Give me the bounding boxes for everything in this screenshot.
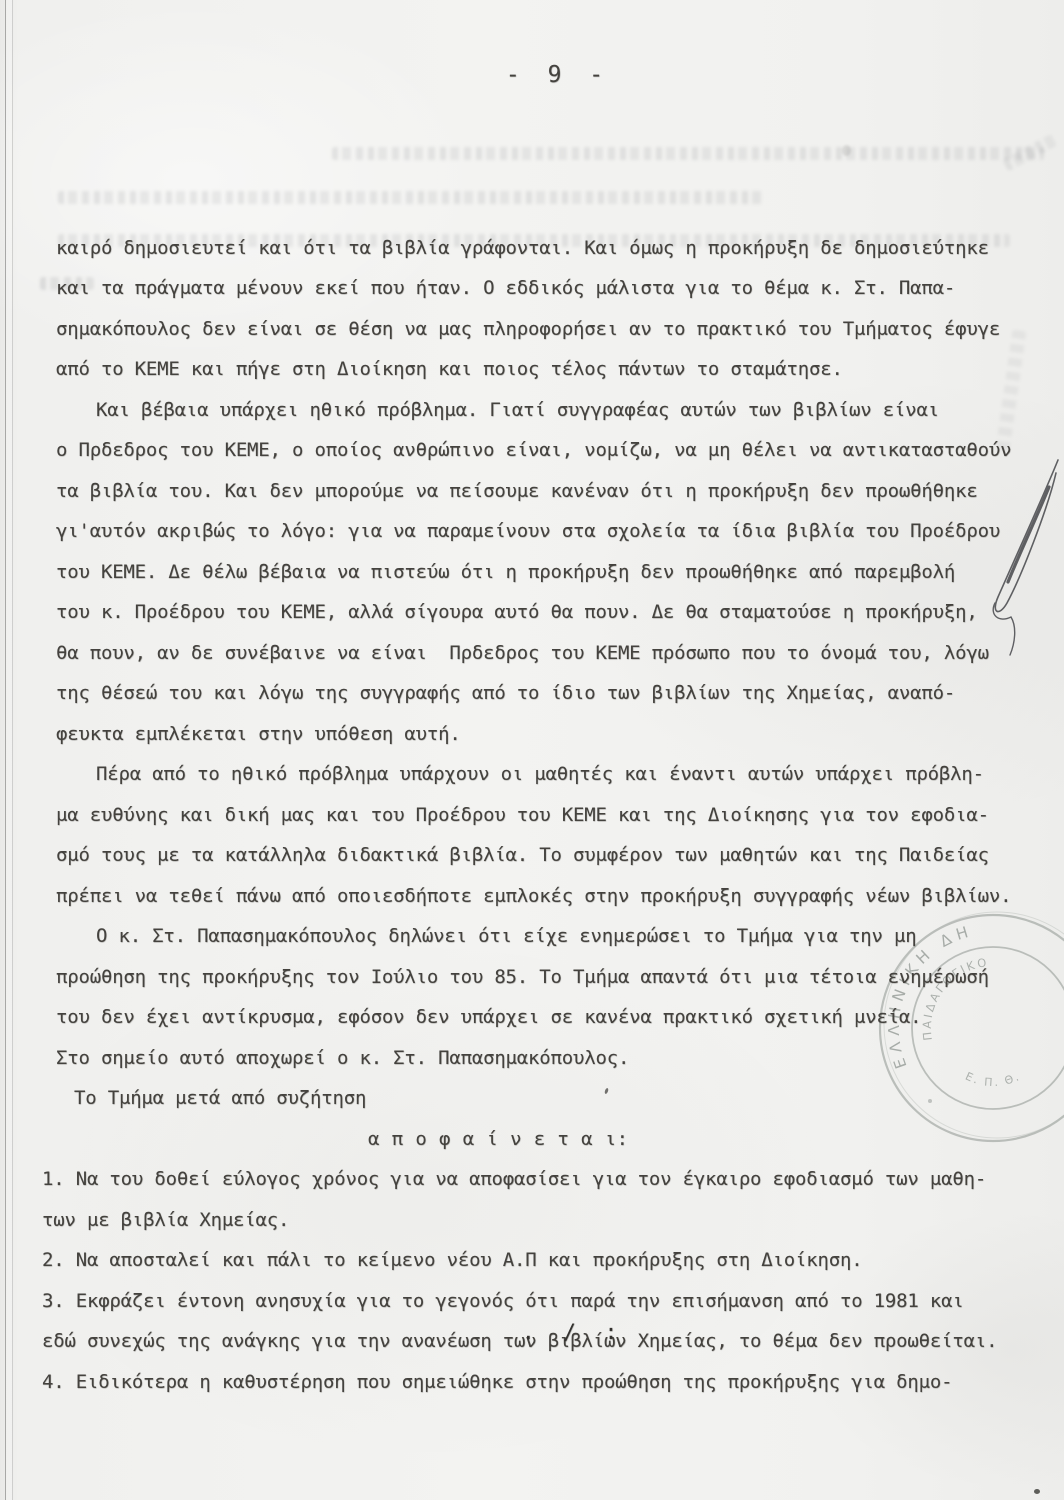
text-line: 2. Να αποσταλεί και πάλι το κείμενο νέου… <box>56 1240 1042 1281</box>
text-line: πρέπει να τεθεί πάνω από οποιεσδήποτε εμ… <box>56 876 1042 917</box>
text-line: 4. Ειδικότερα η καθυστέρηση που σημειώθη… <box>56 1362 1042 1403</box>
text-line: φευκτα εμπλέκεται στην υπόθεση αυτή. <box>56 714 1042 755</box>
text-line: Το Τμήμα μετά από συζήτηση <box>56 1078 1042 1119</box>
text-line: τα βιβλία του. Και δεν μπορούμε να πείσο… <box>56 471 1042 512</box>
text-line: σμό τους με τα κατάλληλα διδακτικά βιβλί… <box>56 835 1042 876</box>
text-line: προώθηση της προκήρυξης τον Ιούλιο του 8… <box>56 957 1042 998</box>
ink-speck <box>1034 1489 1040 1494</box>
text-line: σημακόπουλος δεν είναι σε θέση να μας πλ… <box>56 309 1042 350</box>
text-line: του κ. Προέδρου του ΚΕΜΕ, αλλά σίγουρα α… <box>56 592 1042 633</box>
text-line: γι'αυτόν ακριβώς το λόγο: για να παραμεί… <box>56 511 1042 552</box>
document-body: καιρό δημοσιευτεί και ότι τα βιβλία γράφ… <box>56 106 1042 1402</box>
text-line: ο Πρδεδρος του ΚΕΜΕ, ο οποίος ανθρώπινο … <box>56 430 1042 471</box>
scan-edge-line <box>5 0 13 1500</box>
text-line: Και βέβαια υπάρχει ηθικό πρόβλημα. Γιατί… <box>56 390 1042 431</box>
text-line: Στο σημείο αυτό αποχωρεί ο κ. Στ. Παπαση… <box>56 1038 1042 1079</box>
text-line: θα πουν, αν δε συνέβαινε να είναι Πρδεδρ… <box>56 633 1042 674</box>
text-line: των με βιβλία Χημείας. <box>56 1200 1042 1241</box>
text-line: της θέσεώ του και λόγω της συγγραφής από… <box>56 673 1042 714</box>
text-line: Πέρα από το ηθικό πρόβλημα υπάρχουν οι μ… <box>56 754 1042 795</box>
page-number: - 9 - <box>0 62 1064 88</box>
text-line: μα ευθύνης και δική μας και του Προέδρου… <box>56 795 1042 836</box>
ink-smudge <box>842 145 851 156</box>
continuation-mark: . / : <box>522 1320 625 1344</box>
text-line: του δεν έχει αντίκρυσμα, εφόσον δεν υπάρ… <box>56 997 1042 1038</box>
pen-stroke-inner <box>1008 487 1049 582</box>
text-line: Ο κ. Στ. Παπασημακόπουλος δηλώνει ότι εί… <box>56 916 1042 957</box>
text-line: από το ΚΕΜΕ και πήγε στη Διοίκηση και πο… <box>56 349 1042 390</box>
pen-flourish-annotation <box>965 445 1064 665</box>
text-line: καιρό δημοσιευτεί και ότι τα βιβλία γράφ… <box>56 228 1042 269</box>
text-line: α π ο φ α ί ν ε τ α ι: <box>56 1119 1042 1160</box>
text-line: και τα πράγματα μένουν εκεί που ήταν. Ο … <box>56 268 1042 309</box>
text-line: 1. Να του δοθεί εύλογος χρόνος για να απ… <box>56 1159 1042 1200</box>
scanned-document-page: - 9 - ΕΛΛΗΝΙΚΗ ΔΗ ΠΑΙΔΑΓΩΓΙΚΟ Ε. Π. Θ. <box>0 0 1064 1500</box>
text-line: του ΚΕΜΕ. Δε θέλω βέβαια να πιστεύω ότι … <box>56 552 1042 593</box>
text-line: 3. Εκφράζει έντονη ανησυχία για το γεγον… <box>56 1281 1042 1322</box>
